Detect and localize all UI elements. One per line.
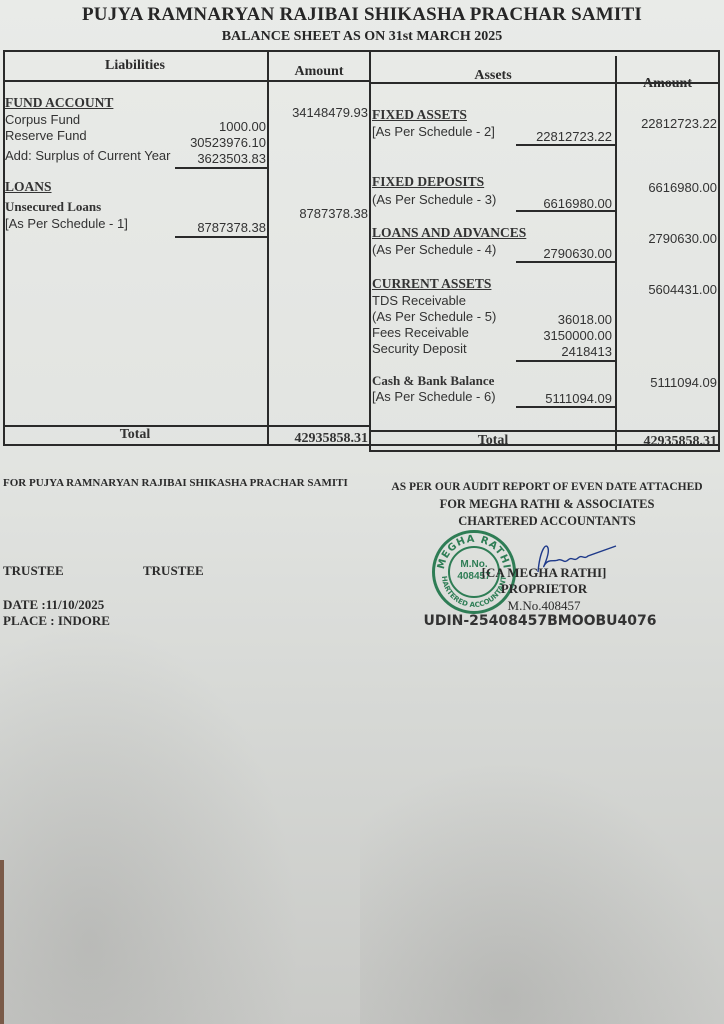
surplus-label: Add: Surplus of Current Year xyxy=(5,148,171,163)
liabilities-amount-header: Amount xyxy=(269,64,369,80)
loans-advances-total: 2790630.00 xyxy=(648,231,717,246)
page-edge xyxy=(0,860,4,1024)
trustee-2-label: TRUSTEE xyxy=(143,563,204,579)
tds-schedule-label: (As Per Schedule - 5) xyxy=(372,309,496,324)
balance-sheet-table: Liabilities Amount Assets Amount FUND AC… xyxy=(3,50,720,452)
assets-amount-header: Amount xyxy=(617,76,718,92)
firm-type: CHARTERED ACCOUNTANTS xyxy=(370,514,724,529)
balance-sheet-subtitle: BALANCE SHEET AS ON 31st MARCH 2025 xyxy=(0,29,724,45)
fixed-assets-value: 22812723.22 xyxy=(536,129,612,144)
liabilities-total: 42935858.31 xyxy=(295,431,369,447)
loans-total: 8787378.38 xyxy=(299,206,368,221)
loans-value: 8787378.38 xyxy=(197,220,266,235)
signatory-designation: PROPRIETOR xyxy=(444,581,644,597)
liabilities-header: Liabilities xyxy=(3,58,267,74)
assets-header: Assets xyxy=(371,68,615,84)
assets-total-label: Total xyxy=(371,433,615,449)
date-label: DATE :11/10/2025 xyxy=(3,597,104,613)
fixed-deposits-schedule: (As Per Schedule - 3) xyxy=(372,192,496,207)
reserve-fund-label: Reserve Fund xyxy=(5,128,87,143)
cash-bank-heading: Cash & Bank Balance xyxy=(372,373,494,389)
unsecured-loans-label: Unsecured Loans xyxy=(5,199,101,215)
fixed-deposits-value: 6616980.00 xyxy=(543,196,612,211)
surplus-value: 3623503.83 xyxy=(197,151,266,166)
fund-account-total: 34148479.93 xyxy=(292,105,368,120)
fixed-assets-heading: FIXED ASSETS xyxy=(372,107,467,123)
loans-schedule-label: [As Per Schedule - 1] xyxy=(5,216,128,231)
security-deposit-label: Security Deposit xyxy=(372,341,467,356)
liabilities-total-label: Total xyxy=(3,427,267,443)
cash-bank-value: 5111094.09 xyxy=(545,391,612,406)
fixed-deposits-total: 6616980.00 xyxy=(648,180,717,195)
place-label: PLACE : INDORE xyxy=(3,613,110,629)
udin-number: UDIN-25408457BMOOBU4076 xyxy=(410,613,670,629)
fixed-assets-total: 22812723.22 xyxy=(641,116,717,131)
corpus-fund-value: 1000.00 xyxy=(219,119,266,134)
current-assets-total: 5604431.00 xyxy=(648,282,717,297)
loans-heading: LOANS xyxy=(5,179,52,195)
fixed-assets-schedule: [As Per Schedule - 2] xyxy=(372,124,495,139)
signatory-name: [CA MEGHA RATHI] xyxy=(444,565,644,581)
membership-number: M.No.408457 xyxy=(444,598,644,614)
tds-receivable-label: TDS Receivable xyxy=(372,293,466,308)
assets-total: 42935858.31 xyxy=(644,434,718,450)
fund-account-heading: FUND ACCOUNT xyxy=(5,95,113,111)
loans-advances-value: 2790630.00 xyxy=(543,246,612,261)
corpus-fund-label: Corpus Fund xyxy=(5,112,80,127)
tds-receivable-value: 36018.00 xyxy=(558,312,612,327)
fees-receivable-label: Fees Receivable xyxy=(372,325,469,340)
organization-title: PUJYA RAMNARYAN RAJIBAI SHIKASHA PRACHAR… xyxy=(0,4,724,26)
cash-bank-total: 5111094.09 xyxy=(650,375,717,390)
security-deposit-value: 2418413 xyxy=(561,344,612,359)
fees-receivable-value: 3150000.00 xyxy=(543,328,612,343)
cash-bank-schedule: [As Per Schedule - 6) xyxy=(372,389,496,404)
for-organization-label: FOR PUJYA RAMNARYAN RAJIBAI SHIKASHA PRA… xyxy=(3,477,348,489)
current-assets-heading: CURRENT ASSETS xyxy=(372,276,491,292)
loans-advances-heading: LOANS AND ADVANCES xyxy=(372,225,526,241)
fixed-deposits-heading: FIXED DEPOSITS xyxy=(372,174,484,190)
shadow-area xyxy=(0,620,300,1024)
reserve-fund-value: 30523976.10 xyxy=(190,135,266,150)
trustee-1-label: TRUSTEE xyxy=(3,563,64,579)
shadow-area xyxy=(360,760,724,1024)
audit-report-line: AS PER OUR AUDIT REPORT OF EVEN DATE ATT… xyxy=(370,481,724,493)
firm-name: FOR MEGHA RATHI & ASSOCIATES xyxy=(370,497,724,512)
loans-advances-schedule: (As Per Schedule - 4) xyxy=(372,242,496,257)
